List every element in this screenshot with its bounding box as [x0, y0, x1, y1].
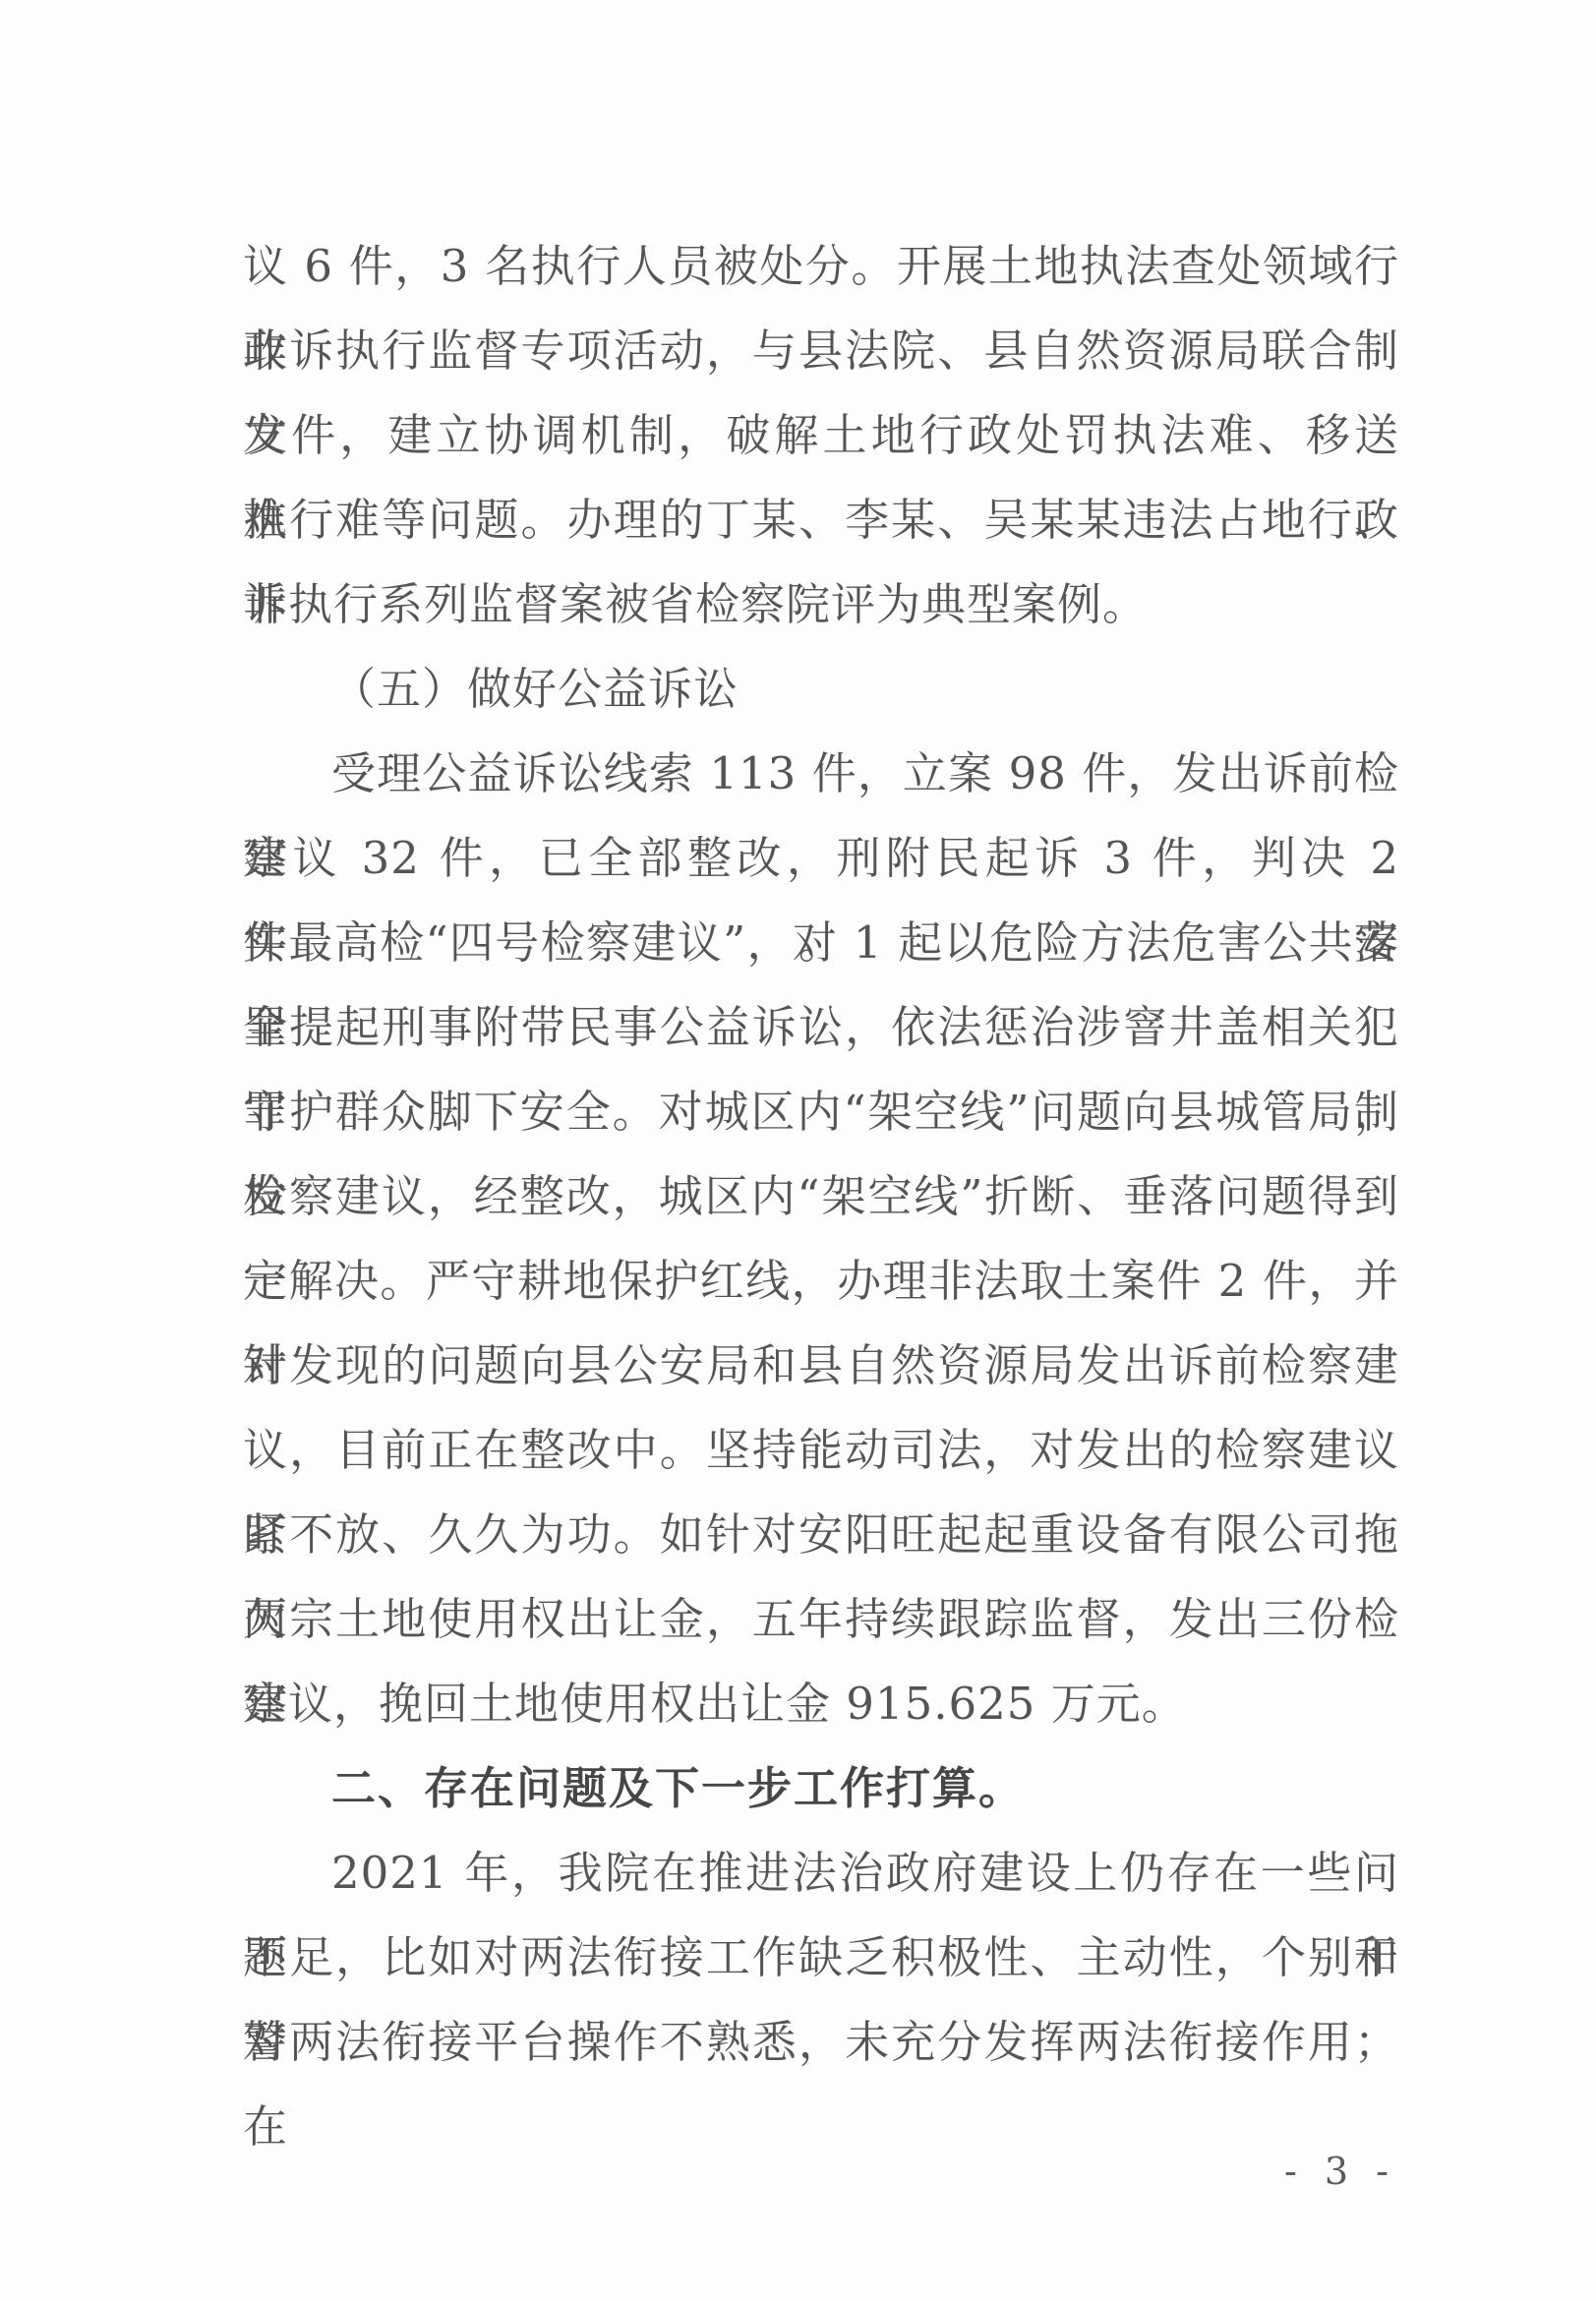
text-line: 非诉执行监督专项活动，与县法院、县自然资源局联合制发 [243, 309, 1399, 393]
text-line: 诉执行系列监督案被省检察院评为典型案例。 [243, 562, 1399, 647]
text-line: 对发现的问题向县公安局和县自然资源局发出诉前检察建 [243, 1324, 1399, 1408]
section-heading-line: 二、存在问题及下一步工作打算。 [243, 1746, 1399, 1831]
text-line: 实最高检“四号检察建议”，对 1 起以危险方法危害公共安全 [243, 901, 1399, 985]
text-line: 2021 年，我院在推进法治政府建设上仍存在一些问题和 [243, 1831, 1399, 1916]
text-line: 受理公益诉讼线索 113 件，立案 98 件，发出诉前检察 [243, 732, 1399, 816]
text-line: 议 6 件，3 名执行人员被处分。开展土地执法查处领域行政 [243, 224, 1399, 309]
text-line: 建议 32 件，已全部整改，刑附民起诉 3 件，判决 2 件。落 [243, 816, 1399, 901]
text-line: （五）做好公益诉讼 [243, 647, 1399, 732]
text-line: 议，目前正在整改中。坚持能动司法，对发出的检察建议紧 [243, 1408, 1399, 1493]
scanned-document-page: 议 6 件，3 名执行人员被处分。开展土地执法查处领域行政非诉执行监督专项活动，… [0, 0, 1596, 2301]
text-line: 检察建议，经整改，城区内“架空线”折断、垂落问题得到一 [243, 1154, 1399, 1239]
text-line: 守护群众脚下安全。对城区内“架空线”问题向县城管局制发 [243, 1070, 1399, 1154]
text-line: 文件，建立协调机制，破解土地行政处罚执法难、移送难、 [243, 393, 1399, 478]
text-line: 执行难等问题。办理的丁某、李某、吴某某违法占地行政非 [243, 478, 1399, 562]
text-line: 两宗土地使用权出让金，五年持续跟踪监督，发出三份检察 [243, 1577, 1399, 1662]
text-line: 建议，挽回土地使用权出让金 915.625 万元。 [243, 1662, 1399, 1746]
text-line: 盯不放、久久为功。如针对安阳旺起起重设备有限公司拖欠 [243, 1493, 1399, 1577]
page-number: - 3 - [1284, 2150, 1396, 2193]
document-body: 议 6 件，3 名执行人员被处分。开展土地执法查处领域行政非诉执行监督专项活动，… [243, 224, 1399, 2085]
text-line: 定解决。严守耕地保护红线，办理非法取土案件 2 件，并针 [243, 1239, 1399, 1324]
text-line: 不足，比如对两法衔接工作缺乏积极性、主动性，个别干警 [243, 1916, 1399, 2000]
text-line: 罪提起刑事附带民事公益诉讼，依法惩治涉窨井盖相关犯罪， [243, 985, 1399, 1070]
text-line: 对两法衔接平台操作不熟悉，未充分发挥两法衔接作用；在 [243, 2000, 1399, 2085]
